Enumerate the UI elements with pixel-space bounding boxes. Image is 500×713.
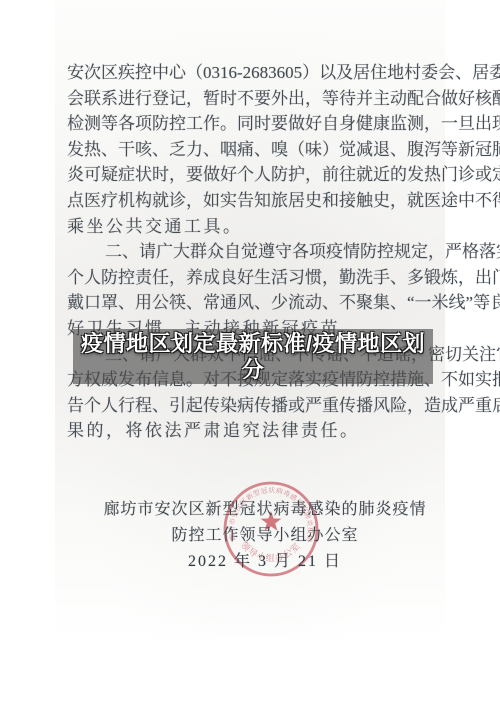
document-line: 告个人行程、引起传染病传播或严重传播风险，造成严重后	[67, 393, 433, 419]
document-line: 戴口罩、用公筷、常通风、少流动、不聚集、“一米线”等良	[67, 290, 433, 316]
signature-date: 2022 年 3 月 21 日	[100, 549, 430, 575]
signature-block: 廊坊市安次区新型冠状病毒感染的肺炎疫情 防控工作领导小组办公室 2022 年 3…	[100, 497, 430, 575]
signature-org-line1: 廊坊市安次区新型冠状病毒感染的肺炎疫情	[100, 497, 430, 523]
document-line: 炎可疑症状时，要做好个人防护，前往就近的发热门诊或定	[67, 162, 433, 188]
document-line: 二、请广大群众自觉遵守各项疫情防控规定，严格落实	[67, 239, 433, 265]
document-line: 会联系进行登记，暂时不要外出，等待并主动配合做好核酸	[67, 86, 433, 112]
overlay-banner: 疫情地区划定最新标准/疫情地区划 分	[73, 329, 433, 384]
signature-org-line2: 防控工作领导小组办公室	[100, 523, 430, 549]
banner-title-line1: 疫情地区划定最新标准/疫情地区划	[81, 331, 425, 357]
document-line: 发热、干咳、乏力、咽痛、嗅（味）觉减退、腹泻等新冠肺	[67, 137, 433, 163]
banner-title-line2: 分	[242, 357, 265, 383]
document-line: 个人防控责任，养成良好生活习惯，勤洗手、多锻炼，出门	[67, 265, 433, 291]
document-line: 检测等各项防控工作。同时要做好自身健康监测，一旦出现	[67, 111, 433, 137]
document-lines: 安次区疾控中心（0316-2683605）以及居住地村委会、居委会联系进行登记，…	[67, 60, 433, 444]
document-line: 点医疗机构就诊，如实告知旅居史和接触史，就医途中不得	[67, 188, 433, 214]
document-line: 乘坐公共交通工具。	[67, 214, 433, 240]
document-line: 安次区疾控中心（0316-2683605）以及居住地村委会、居委	[67, 60, 433, 86]
document-line: 果的，将依法严肃追究法律责任。	[67, 418, 433, 444]
